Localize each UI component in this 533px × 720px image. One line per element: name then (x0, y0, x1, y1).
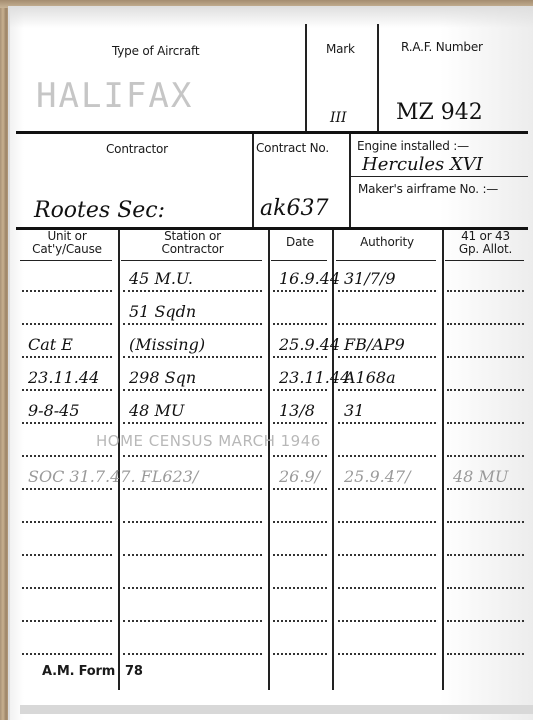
header-underline (336, 260, 436, 261)
row-rule (273, 653, 327, 655)
table-cell-date: 16.9.44 (279, 269, 340, 288)
column-header: Unit orCat'y/Cause (18, 230, 116, 256)
table-cell-authority: 31 (344, 401, 364, 420)
divider-mark-right (377, 24, 379, 132)
table-cell-authority: 31/7/9 (344, 269, 396, 288)
row-rule (22, 587, 112, 589)
table-cell-date: 26.9/ (279, 467, 320, 486)
table-cell-authority: A168a (344, 368, 396, 387)
table-column-divider (332, 230, 334, 690)
form-label: A.M. Form (42, 664, 115, 679)
header-underline (445, 260, 524, 261)
row-rule (447, 323, 524, 325)
section-divider-top (16, 131, 528, 134)
row-rule (22, 356, 112, 358)
column-header: Authority (334, 236, 440, 249)
mark-label: Mark (326, 42, 355, 56)
table-cell-station: 48 MU (129, 401, 184, 420)
contract-no-label: Contract No. (256, 141, 329, 155)
row-rule (338, 521, 436, 523)
row-rule (123, 356, 262, 358)
row-rule (22, 389, 112, 391)
contract-no-value: ak637 (260, 196, 328, 221)
raf-number-label: R.A.F. Number (401, 40, 483, 54)
table-cell-station: 51 Sqdn (129, 302, 196, 321)
table-cell-authority: FB/AP9 (344, 335, 405, 354)
row-rule (22, 554, 112, 556)
makers-airframe-label: Maker's airframe No. :— (358, 182, 498, 196)
row-rule (338, 587, 436, 589)
table-cell-station: 298 Sqn (129, 368, 196, 387)
table-column-divider (268, 230, 270, 690)
column-header: Station orContractor (119, 230, 266, 256)
home-census-stamp: HOME CENSUS MARCH 1946 (96, 432, 321, 450)
row-rule (447, 389, 524, 391)
column-header-line2: Cat'y/Cause (18, 243, 116, 256)
engine-installed-label: Engine installed :— (357, 139, 469, 153)
row-rule (273, 488, 327, 490)
table-cell-unit: 9-8-45 (28, 401, 80, 420)
table-cell-station: (Missing) (129, 335, 205, 354)
row-rule (123, 389, 262, 391)
row-rule (338, 389, 436, 391)
row-rule (273, 389, 327, 391)
row-rule (123, 290, 262, 292)
divider-contract-right (349, 134, 351, 228)
row-rule (447, 356, 524, 358)
mark-value: III (330, 110, 347, 126)
row-rule (447, 488, 524, 490)
table-cell-unit: SOC 31.7.47. FL623/ (28, 467, 198, 486)
row-rule (447, 620, 524, 622)
row-rule (22, 455, 112, 457)
divider-contract-left (252, 134, 254, 228)
table-column-divider (118, 230, 120, 690)
row-rule (273, 356, 327, 358)
row-rule (22, 323, 112, 325)
row-rule (22, 488, 112, 490)
row-rule (273, 554, 327, 556)
table-cell-group: 48 MU (453, 467, 508, 486)
row-rule (273, 422, 327, 424)
contractor-label: Contractor (106, 142, 168, 156)
form-number: 78 (125, 664, 143, 679)
table-cell-unit: 23.11.44 (28, 368, 99, 387)
row-rule (123, 422, 262, 424)
row-rule (338, 653, 436, 655)
engine-underline (351, 176, 528, 177)
table-cell-unit: Cat E (28, 335, 73, 354)
divider-mark-left (305, 24, 307, 132)
type-of-aircraft-value: HALIFAX (36, 76, 193, 116)
row-rule (338, 290, 436, 292)
header-underline (121, 260, 262, 261)
row-rule (447, 422, 524, 424)
row-rule (447, 455, 524, 457)
table-cell-date: 13/8 (279, 401, 315, 420)
row-rule (273, 587, 327, 589)
table-cell-station: 45 M.U. (129, 269, 193, 288)
row-rule (447, 653, 524, 655)
raf-number-value: MZ 942 (396, 100, 483, 125)
row-rule (22, 620, 112, 622)
engine-installed-value: Hercules XVI (362, 154, 483, 175)
card-bottom-edge (20, 705, 533, 714)
type-of-aircraft-label: Type of Aircraft (112, 44, 199, 58)
column-header-line2: Gp. Allot. (443, 243, 528, 256)
column-header: Date (269, 236, 331, 249)
row-rule (123, 653, 262, 655)
row-rule (123, 554, 262, 556)
row-rule (338, 620, 436, 622)
row-rule (338, 455, 436, 457)
table-column-divider (442, 230, 444, 690)
row-rule (22, 653, 112, 655)
contractor-value: Rootes Sec: (34, 198, 165, 223)
row-rule (22, 290, 112, 292)
table-cell-date: 23.11.44 (279, 368, 350, 387)
row-rule (22, 521, 112, 523)
row-rule (123, 587, 262, 589)
column-header: 41 or 43Gp. Allot. (443, 230, 528, 256)
row-rule (123, 455, 262, 457)
header-underline (20, 260, 112, 261)
row-rule (123, 323, 262, 325)
row-rule (123, 521, 262, 523)
row-rule (273, 323, 327, 325)
row-rule (123, 488, 262, 490)
row-rule (338, 488, 436, 490)
row-rule (447, 521, 524, 523)
row-rule (447, 290, 524, 292)
row-rule (273, 455, 327, 457)
row-rule (447, 587, 524, 589)
row-rule (338, 422, 436, 424)
row-rule (338, 554, 436, 556)
header-underline (271, 260, 327, 261)
row-rule (123, 620, 262, 622)
row-rule (273, 620, 327, 622)
row-rule (338, 356, 436, 358)
row-rule (273, 521, 327, 523)
row-rule (22, 422, 112, 424)
row-rule (273, 290, 327, 292)
row-rule (447, 554, 524, 556)
column-header-line2: Contractor (119, 243, 266, 256)
table-cell-authority: 25.9.47/ (344, 467, 410, 486)
card-shading (8, 6, 533, 28)
table-cell-date: 25.9.44 (279, 335, 340, 354)
row-rule (338, 323, 436, 325)
